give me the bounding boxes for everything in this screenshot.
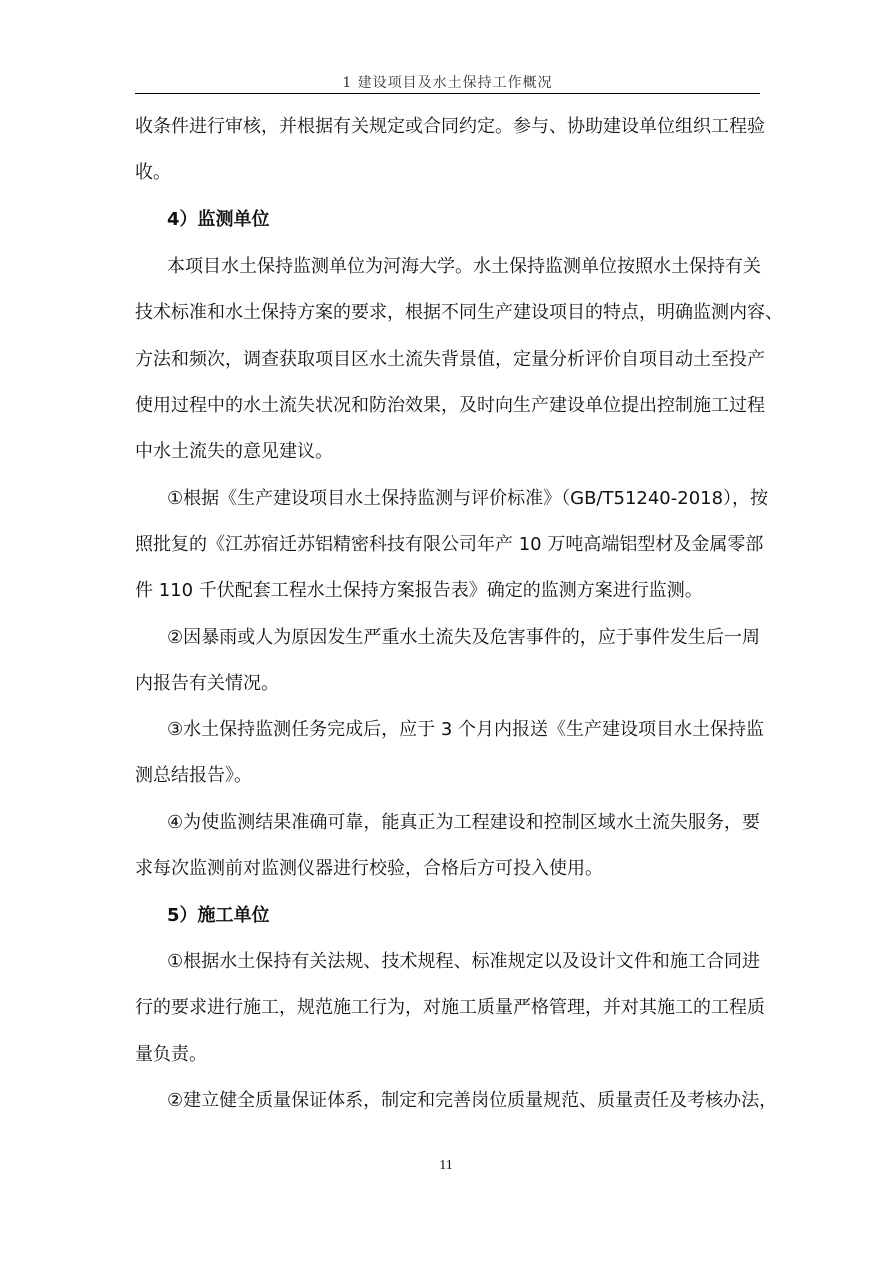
paragraph-line: ①根据《生产建设项目水土保持监测与评价标准》（GB/T51240-2018），按 — [135, 487, 760, 511]
paragraph-line: 行的要求进行施工，规范施工行为，对施工质量严格管理，并对其施工的工程质 — [135, 996, 760, 1020]
paragraph-line: 技术标准和水土保持方案的要求，根据不同生产建设项目的特点，明确监测内容、 — [135, 301, 760, 325]
paragraph-line: 照批复的《江苏宿迁苏铝精密科技有限公司年产 10 万吨高端铝型材及金属零部 — [135, 533, 760, 557]
paragraph-line: 件 110 千伏配套工程水土保持方案报告表》确定的监测方案进行监测。 — [135, 579, 760, 603]
paragraph-line: 求每次监测前对监测仪器进行校验，合格后方可投入使用。 — [135, 857, 760, 881]
page-number: 11 — [0, 1158, 892, 1174]
header-divider — [135, 93, 760, 94]
section-heading: 5）施工单位 — [135, 904, 760, 928]
paragraph-line: 方法和频次，调查获取项目区水土流失背景值，定量分析评价自项目动土至投产 — [135, 348, 760, 372]
paragraph-line: 收条件进行审核，并根据有关规定或合同约定。参与、协助建设单位组织工程验 — [135, 115, 760, 139]
paragraph-line: ①根据水土保持有关法规、技术规程、标准规定以及设计文件和施工合同进 — [135, 950, 760, 974]
paragraph-line: ②建立健全质量保证体系，制定和完善岗位质量规范、质量责任及考核办法， — [135, 1089, 760, 1113]
paragraph-line: 使用过程中的水土流失状况和防治效果，及时向生产建设单位提出控制施工过程 — [135, 394, 760, 418]
paragraph-line: ②因暴雨或人为原因发生严重水土流失及危害事件的，应于事件发生后一周 — [135, 626, 760, 650]
paragraph-line: 量负责。 — [135, 1043, 760, 1067]
paragraph-line: 收。 — [135, 161, 760, 185]
paragraph-line: 测总结报告》。 — [135, 764, 760, 788]
running-header: 1 建设项目及水土保持工作概况 — [135, 72, 760, 92]
section-heading: 4）监测单位 — [135, 208, 760, 232]
paragraph-line: 中水土流失的意见建议。 — [135, 440, 760, 464]
paragraph-line: ④为使监测结果准确可靠，能真正为工程建设和控制区域水土流失服务，要 — [135, 811, 760, 835]
paragraph-line: 本项目水土保持监测单位为河海大学。水土保持监测单位按照水土保持有关 — [135, 255, 760, 279]
paragraph-line: ③水土保持监测任务完成后，应于 3 个月内报送《生产建设项目水土保持监 — [135, 718, 760, 742]
paragraph-line: 内报告有关情况。 — [135, 672, 760, 696]
